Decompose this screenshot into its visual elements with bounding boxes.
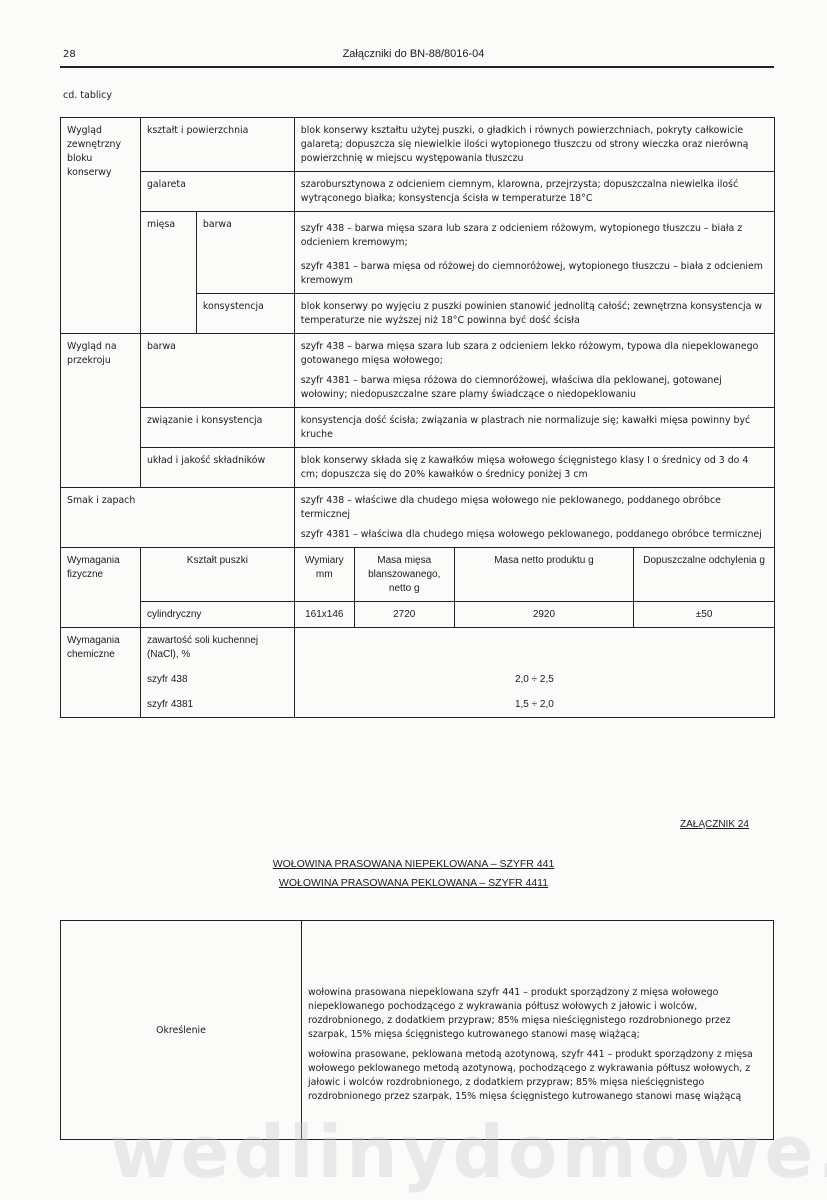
label-shape: kształt i powierzchnia bbox=[140, 118, 294, 172]
text-cross-color-4381: szyfr 4381 – barwa mięsa różowa do ciemn… bbox=[301, 374, 768, 402]
row-label-physical: Wymagania fizyczne bbox=[61, 548, 141, 628]
text-cross-color: szyfr 438 – barwa mięsa szara lub szara … bbox=[294, 334, 774, 408]
table-row: cylindryczny 161x146 2720 2920 ±50 bbox=[61, 602, 775, 628]
watermark: wedlinydomowe.pl bbox=[110, 1110, 827, 1194]
header-rule bbox=[60, 66, 774, 68]
text-taste-438: szyfr 438 – właściwe dla chudego mięsa w… bbox=[301, 494, 768, 522]
value-salt-4381: 1,5 ÷ 2,0 bbox=[294, 692, 774, 718]
label-definition: Określenie bbox=[61, 921, 302, 1140]
table-row: Określenie wołowina prasowana niepeklowa… bbox=[61, 921, 774, 1140]
text-meat-color-438: szyfr 438 – barwa mięsa szara lub szara … bbox=[301, 218, 768, 254]
header-can-shape: Kształt puszki bbox=[140, 548, 294, 602]
table-row: szyfr 4381 1,5 ÷ 2,0 bbox=[61, 692, 775, 718]
text-meat-color: szyfr 438 – barwa mięsa szara lub szara … bbox=[294, 212, 774, 294]
text-binding: konsystencja dość ścisła; związania w pl… bbox=[294, 408, 774, 448]
header-dimensions: Wymiary mm bbox=[294, 548, 354, 602]
text-cross-color-438: szyfr 438 – barwa mięsa szara lub szara … bbox=[301, 340, 768, 368]
header-blanched-mass: Masa mięsa blanszowanego, netto g bbox=[354, 548, 454, 602]
header-net-mass: Masa netto produktu g bbox=[454, 548, 634, 602]
table-row: związanie i konsystencja konsystencja do… bbox=[61, 408, 775, 448]
table-row: szyfr 438 2,0 ÷ 2,5 bbox=[61, 667, 775, 692]
text-definition-4411: wołowina prasowane, peklowana metodą azo… bbox=[308, 1048, 767, 1104]
row-label-taste: Smak i zapach bbox=[61, 488, 295, 548]
text-taste: szyfr 438 – właściwe dla chudego mięsa w… bbox=[294, 488, 774, 548]
running-title: Załączniki do BN-88/8016-04 bbox=[0, 48, 827, 60]
cell-can-shape: cylindryczny bbox=[140, 602, 294, 628]
annex-title-line1: WOŁOWINA PRASOWANA NIEPEKLOWANA – SZYFR … bbox=[0, 858, 827, 870]
label-jelly: galareta bbox=[140, 172, 294, 212]
cell-tolerance: ±50 bbox=[634, 602, 775, 628]
row-label-external-appearance: Wygląd zewnętrzny bloku konserwy bbox=[61, 118, 141, 334]
table-row: układ i jakość składników blok konserwy … bbox=[61, 448, 775, 488]
label-meat-consistency: konsystencja bbox=[196, 294, 294, 334]
label-composition: układ i jakość składników bbox=[140, 448, 294, 488]
text-shape: blok konserwy kształtu użytej puszki, o … bbox=[294, 118, 774, 172]
label-salt-4381: szyfr 4381 bbox=[140, 692, 294, 718]
text-taste-4381: szyfr 4381 – właściwa dla chudego mięsa … bbox=[301, 528, 768, 542]
label-meat-color: barwa bbox=[196, 212, 294, 294]
continuation-label: cd. tablicy bbox=[63, 90, 112, 101]
value-salt-438: 2,0 ÷ 2,5 bbox=[294, 667, 774, 692]
text-meat-consistency: blok konserwy po wyjęciu z puszki powini… bbox=[294, 294, 774, 334]
definition-table: Określenie wołowina prasowana niepeklowa… bbox=[60, 920, 774, 1140]
text-definition: wołowina prasowana niepeklowana szyfr 44… bbox=[302, 921, 774, 1140]
text-meat-color-4381: szyfr 4381 – barwa mięsa od różowej do c… bbox=[301, 260, 768, 288]
specification-table: Wygląd zewnętrzny bloku konserwy kształt… bbox=[60, 117, 775, 718]
header-tolerance: Dopuszczalne odchylenia g bbox=[634, 548, 775, 602]
text-jelly: szarobursztynowa z odcieniem ciemnym, kl… bbox=[294, 172, 774, 212]
label-binding: związanie i konsystencja bbox=[140, 408, 294, 448]
table-row: Wygląd na przekroju barwa szyfr 438 – ba… bbox=[61, 334, 775, 408]
cell-net-mass: 2920 bbox=[454, 602, 634, 628]
label-meat: mięsa bbox=[140, 212, 196, 334]
label-cross-color: barwa bbox=[140, 334, 294, 408]
value-blank bbox=[294, 628, 774, 668]
label-salt-content: zawartość soli kuchennej (NaCl), % bbox=[140, 628, 294, 668]
table-row: Wymagania fizyczne Kształt puszki Wymiar… bbox=[61, 548, 775, 602]
text-definition-441: wołowina prasowana niepeklowana szyfr 44… bbox=[308, 986, 767, 1042]
annex-label: ZAŁĄCZNIK 24 bbox=[680, 819, 749, 830]
table-row: mięsa barwa szyfr 438 – barwa mięsa szar… bbox=[61, 212, 775, 294]
table-row: Wymagania chemiczne zawartość soli kuche… bbox=[61, 628, 775, 668]
cell-dimensions: 161x146 bbox=[294, 602, 354, 628]
table-row: Smak i zapach szyfr 438 – właściwe dla c… bbox=[61, 488, 775, 548]
annex-title-line2: WOŁOWINA PRASOWANA PEKLOWANA – SZYFR 441… bbox=[0, 877, 827, 889]
table-row: Wygląd zewnętrzny bloku konserwy kształt… bbox=[61, 118, 775, 172]
row-label-cross-section: Wygląd na przekroju bbox=[61, 334, 141, 488]
label-salt-438: szyfr 438 bbox=[140, 667, 294, 692]
cell-blanched-mass: 2720 bbox=[354, 602, 454, 628]
row-label-chemical: Wymagania chemiczne bbox=[61, 628, 141, 718]
table-row: galareta szarobursztynowa z odcieniem ci… bbox=[61, 172, 775, 212]
text-composition: blok konserwy składa się z kawałków mięs… bbox=[294, 448, 774, 488]
